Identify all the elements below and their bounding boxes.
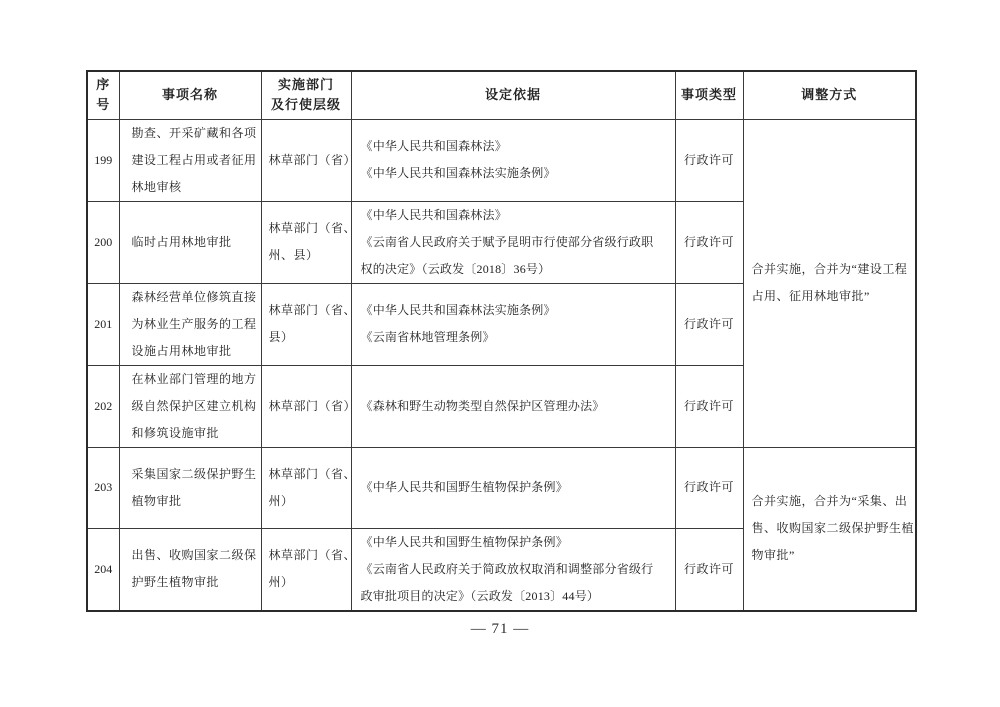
basis-line: 《中华人民共和国森林法实施条例》 (352, 297, 675, 324)
basis-line: 《中华人民共和国森林法》 (352, 133, 675, 160)
table-row-199: 199 勘查、开采矿藏和各项 建设工程占用或者征用 林地审核 林草部门（省） 《… (87, 119, 916, 201)
cell-type: 行政许可 (675, 365, 743, 447)
cell-basis: 《森林和野生动物类型自然保护区管理办法》 (351, 365, 675, 447)
table-header-row: 序 号 事项名称 实施部门 及行使层级 设定依据 事项类型 调整方式 (87, 71, 916, 119)
cell-item-name: 采集国家二级保护野生 植物审批 (119, 447, 261, 528)
header-adjustment: 调整方式 (743, 71, 916, 119)
cell-dept: 林草部门（省、 县） (261, 283, 351, 365)
basis-line: 《中华人民共和国森林法实施条例》 (352, 160, 675, 187)
cell-adjustment-merged-203-204: 合并实施，合并为“采集、出 售、收购国家二级保护野生植 物审批” (743, 447, 916, 611)
header-item-name: 事项名称 (119, 71, 261, 119)
cell-seq: 204 (87, 528, 119, 611)
basis-line: 《中华人民共和国森林法》 (352, 202, 675, 229)
cell-dept: 林草部门（省、 州） (261, 528, 351, 611)
cell-dept: 林草部门（省） (261, 119, 351, 201)
basis-line: 《云南省林地管理条例》 (352, 324, 675, 351)
table-row-203: 203 采集国家二级保护野生 植物审批 林草部门（省、 州） 《中华人民共和国野… (87, 447, 916, 528)
page-number: — 71 — (0, 621, 1000, 638)
cell-seq: 203 (87, 447, 119, 528)
cell-type: 行政许可 (675, 201, 743, 283)
cell-seq: 200 (87, 201, 119, 283)
basis-line: 《云南省人民政府关于赋予昆明市行使部分省级行政职 权的决定》（云政发〔2018〕… (352, 229, 675, 283)
cell-seq: 201 (87, 283, 119, 365)
cell-type: 行政许可 (675, 528, 743, 611)
cell-basis: 《中华人民共和国野生植物保护条例》 (351, 447, 675, 528)
cell-item-name: 在林业部门管理的地方 级自然保护区建立机构 和修筑设施审批 (119, 365, 261, 447)
header-dept: 实施部门 及行使层级 (261, 71, 351, 119)
approval-items-table: 序 号 事项名称 实施部门 及行使层级 设定依据 事项类型 调整方式 199 勘… (86, 70, 917, 612)
cell-dept: 林草部门（省） (261, 365, 351, 447)
cell-type: 行政许可 (675, 283, 743, 365)
cell-adjustment-merged-199-202: 合并实施，合并为“建设工程 占用、征用林地审批” (743, 119, 916, 447)
basis-line: 《中华人民共和国野生植物保护条例》 (352, 529, 675, 556)
basis-line: 《云南省人民政府关于简政放权取消和调整部分省级行 政审批项目的决定》（云政发〔2… (352, 556, 675, 610)
cell-type: 行政许可 (675, 119, 743, 201)
cell-item-name: 勘查、开采矿藏和各项 建设工程占用或者征用 林地审核 (119, 119, 261, 201)
cell-dept: 林草部门（省、 州、县） (261, 201, 351, 283)
basis-line: 《中华人民共和国野生植物保护条例》 (352, 474, 675, 501)
cell-seq: 199 (87, 119, 119, 201)
cell-seq: 202 (87, 365, 119, 447)
header-seq: 序 号 (87, 71, 119, 119)
basis-line: 《森林和野生动物类型自然保护区管理办法》 (352, 393, 675, 420)
cell-type: 行政许可 (675, 447, 743, 528)
cell-basis: 《中华人民共和国森林法》 《中华人民共和国森林法实施条例》 (351, 119, 675, 201)
cell-basis: 《中华人民共和国森林法》 《云南省人民政府关于赋予昆明市行使部分省级行政职 权的… (351, 201, 675, 283)
cell-basis: 《中华人民共和国森林法实施条例》 《云南省林地管理条例》 (351, 283, 675, 365)
cell-item-name: 森林经营单位修筑直接 为林业生产服务的工程 设施占用林地审批 (119, 283, 261, 365)
cell-item-name: 出售、收购国家二级保 护野生植物审批 (119, 528, 261, 611)
cell-item-name: 临时占用林地审批 (119, 201, 261, 283)
cell-dept: 林草部门（省、 州） (261, 447, 351, 528)
cell-basis: 《中华人民共和国野生植物保护条例》 《云南省人民政府关于简政放权取消和调整部分省… (351, 528, 675, 611)
header-basis: 设定依据 (351, 71, 675, 119)
header-type: 事项类型 (675, 71, 743, 119)
